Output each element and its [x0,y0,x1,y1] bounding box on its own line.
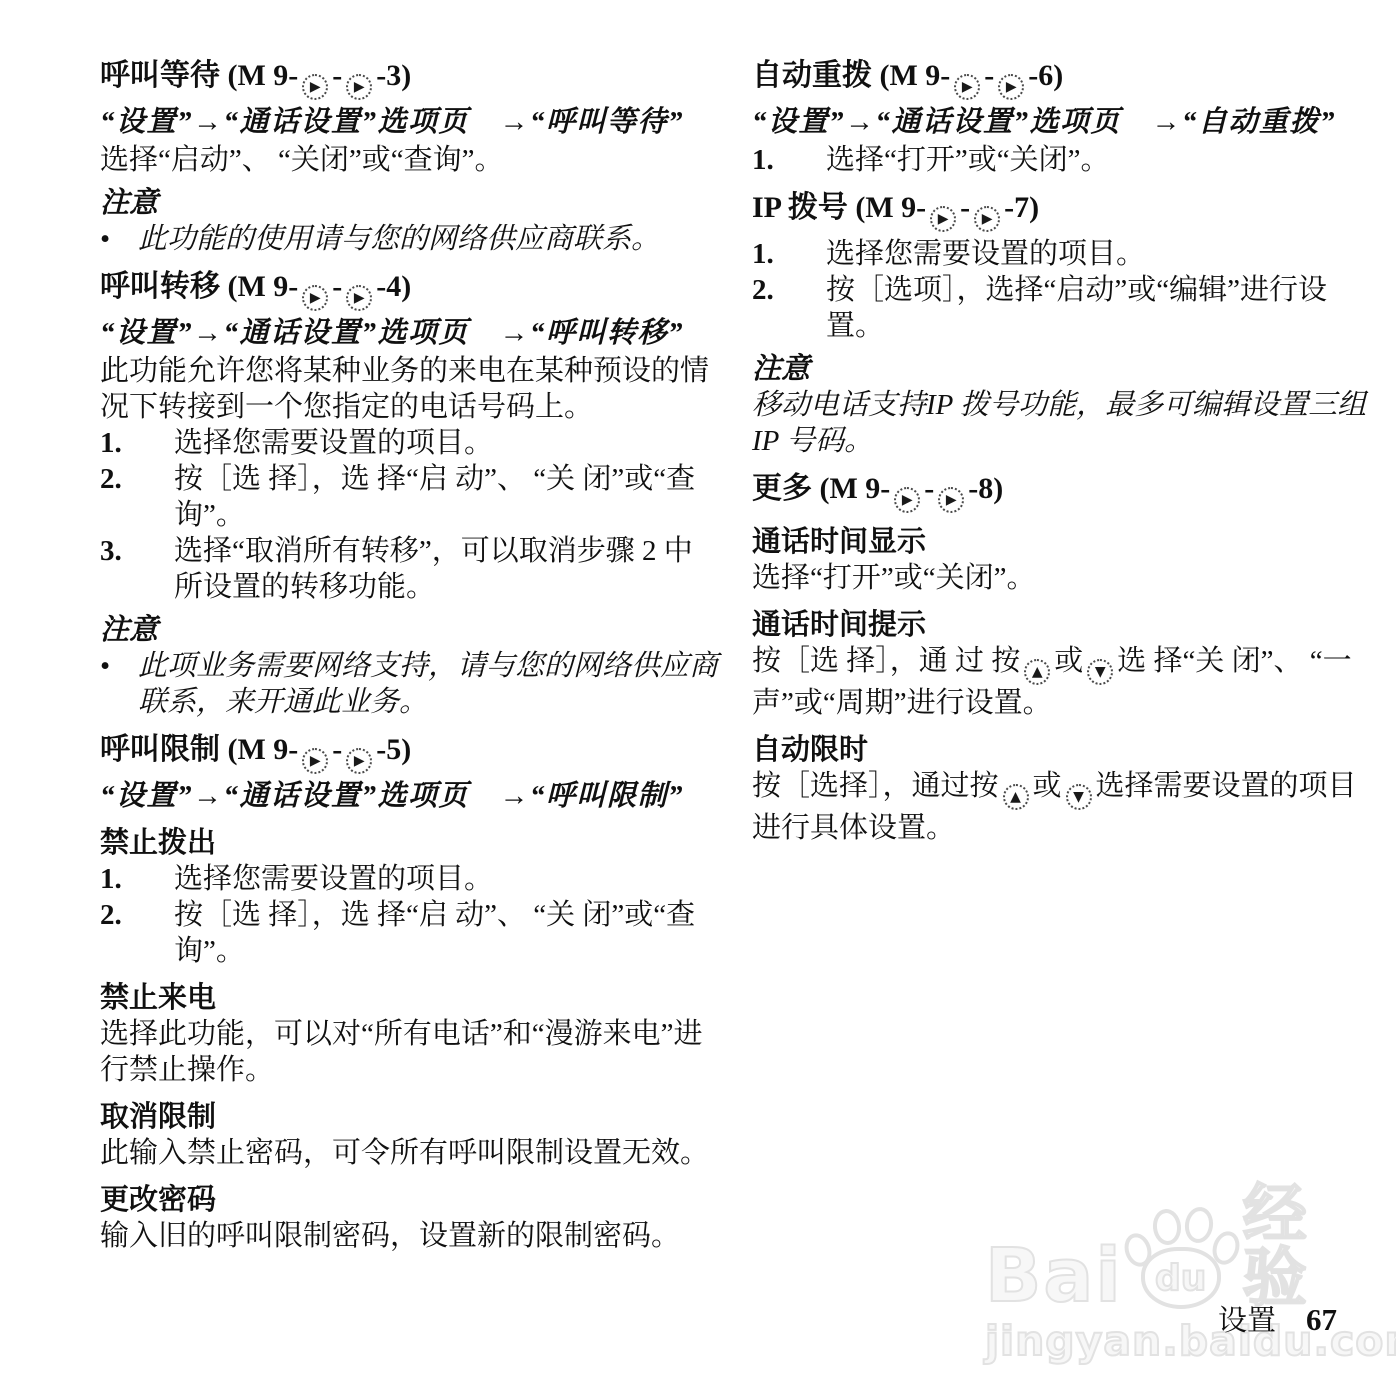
menu-path: “设置”→“通话设置”选项页 →“呼叫转移” [100,315,718,351]
list-item: 2.按［选 择］，选 择“启 动”、 “关 闭”或“查询”。 [100,461,718,533]
list-item: 1.选择您需要设置的项目。 [100,425,718,461]
list-number: 1. [100,425,174,461]
paragraph: 按［选 择］，通 过 按▲或▼选 择“关 闭”、 “一声”或“周期”进行设置。 [752,643,1370,721]
bullet-marker: • [100,221,138,257]
list-number: 2. [100,461,174,533]
play-icon: ▶ [974,206,1000,232]
paragraph: 选择此功能，可以对“所有电话”和“漫游来电”进行禁止操作。 [100,1016,718,1088]
list-text: 选择您需要设置的项目。 [174,425,718,461]
play-icon: ▶ [302,285,328,311]
subheading: 通话时间显示 [752,524,1370,560]
section-heading: 更多 (M 9-▶-▶-8) [752,471,1370,513]
play-icon: ▶ [930,206,956,232]
subheading: 取消限制 [100,1099,718,1135]
section-heading: 呼叫等待 (M 9-▶-▶-3) [100,58,718,100]
play-icon: ▶ [346,74,372,100]
section-heading: 呼叫限制 (M 9-▶-▶-5) [100,732,718,774]
down-arrow-icon: ▼ [1066,784,1092,810]
list-item: 1.选择您需要设置的项目。 [100,861,718,897]
baidu-logo-text: Bai [985,1241,1123,1311]
play-icon: ▶ [302,74,328,100]
list-item: 3.选择“取消所有转移”，可以取消步骤 2 中所设置的转移功能。 [100,533,718,605]
list-text: 选择您需要设置的项目。 [174,861,718,897]
list-number: 2. [752,272,826,344]
baidu-logo: Bai du 经验 [985,1183,1345,1311]
subheading: 禁止拨出 [100,825,718,861]
baidu-paw-icon: du [1125,1207,1237,1311]
page-footer: 设置 67 [1218,1298,1337,1339]
play-icon: ▶ [894,487,920,513]
numbered-list: 1.选择您需要设置的项目。2.按［选 择］，选 择“启 动”、 “关 闭”或“查… [100,861,718,969]
paragraph: 选择“启动”、 “关闭”或“查询”。 [100,142,718,178]
play-icon: ▶ [998,74,1024,100]
play-icon: ▶ [346,285,372,311]
list-text: 选择您需要设置的项目。 [826,236,1370,272]
left-column: 呼叫等待 (M 9-▶-▶-3)“设置”→“通话设置”选项页 →“呼叫等待”选择… [100,58,718,1254]
paragraph: 此功能允许您将某种业务的来电在某种预设的情况下转接到一个您指定的电话号码上。 [100,353,718,425]
bullet-text: 此项业务需要网络支持，请与您的网络供应商联系，来开通此业务。 [138,648,718,720]
up-arrow-icon: ▲ [1003,784,1029,810]
subheading: 通话时间提示 [752,607,1370,643]
note-title: 注意 [100,612,718,648]
list-text: 选择“取消所有转移”，可以取消步骤 2 中所设置的转移功能。 [174,533,718,605]
play-icon: ▶ [302,748,328,774]
list-number: 1. [752,236,826,272]
list-item: 2.按［选 择］，选 择“启 动”、 “关 闭”或“查询”。 [100,897,718,969]
play-icon: ▶ [954,74,980,100]
paw-toe-icon [1151,1208,1183,1247]
list-number: 1. [752,142,826,178]
note-paragraph: 移动电话支持IP 拨号功能，最多可编辑设置三组 IP 号码。 [752,387,1370,459]
list-item: 2.按［选项］，选择“启动”或“编辑”进行设置。 [752,272,1370,344]
list-number: 1. [100,861,174,897]
section-heading: 呼叫转移 (M 9-▶-▶-4) [100,269,718,311]
section-heading: IP 拨号 (M 9-▶-▶-7) [752,190,1370,232]
list-item: 1.选择“打开”或“关闭”。 [752,142,1370,178]
paragraph: 选择“打开”或“关闭”。 [752,560,1370,596]
numbered-list: 1.选择“打开”或“关闭”。 [752,142,1370,178]
list-text: 按［选 择］，选 择“启 动”、 “关 闭”或“查询”。 [174,897,718,969]
subheading: 禁止来电 [100,980,718,1016]
paragraph: 输入旧的呼叫限制密码，设置新的限制密码。 [100,1218,718,1254]
list-text: 按［选项］，选择“启动”或“编辑”进行设置。 [826,272,1370,344]
paragraph: 按［选择］，通过按▲或▼选择需要设置的项目进行具体设置。 [752,768,1370,846]
footer-section-label: 设置 [1218,1298,1276,1339]
list-item: 1.选择您需要设置的项目。 [752,236,1370,272]
note-title: 注意 [100,185,718,221]
baidu-logo-du: du [1155,1258,1206,1299]
note-bullet-item: •此项业务需要网络支持，请与您的网络供应商联系，来开通此业务。 [100,648,718,720]
note-title: 注意 [752,351,1370,387]
right-column: 自动重拨 (M 9-▶-▶-6)“设置”→“通话设置”选项页 →“自动重拨”1.… [752,58,1370,846]
manual-page: 呼叫等待 (M 9-▶-▶-3)“设置”→“通话设置”选项页 →“呼叫等待”选择… [0,0,1396,1396]
down-arrow-icon: ▼ [1087,659,1113,685]
numbered-list: 1.选择您需要设置的项目。2.按［选项］，选择“启动”或“编辑”进行设置。 [752,236,1370,344]
bullet-marker: • [100,648,138,720]
list-number: 3. [100,533,174,605]
menu-path: “设置”→“通话设置”选项页 →“呼叫限制” [100,778,718,814]
bullet-text: 此功能的使用请与您的网络供应商联系。 [138,221,718,257]
list-text: 按［选 择］，选 择“启 动”、 “关 闭”或“查询”。 [174,461,718,533]
paw-pad-icon: du [1141,1247,1221,1309]
jingyan-logo-text: 经验 [1243,1183,1345,1311]
list-text: 选择“打开”或“关闭”。 [826,142,1370,178]
numbered-list: 1.选择您需要设置的项目。2.按［选 择］，选 择“启 动”、 “关 闭”或“查… [100,425,718,605]
subheading: 自动限时 [752,732,1370,768]
paragraph: 此输入禁止密码，可令所有呼叫限制设置无效。 [100,1135,718,1171]
play-icon: ▶ [346,748,372,774]
paw-toe-icon [1182,1205,1215,1245]
subheading: 更改密码 [100,1182,718,1218]
play-icon: ▶ [938,487,964,513]
section-heading: 自动重拨 (M 9-▶-▶-6) [752,58,1370,100]
note-bullet-item: •此功能的使用请与您的网络供应商联系。 [100,221,718,257]
list-number: 2. [100,897,174,969]
up-arrow-icon: ▲ [1024,659,1050,685]
menu-path: “设置”→“通话设置”选项页 →“呼叫等待” [100,104,718,140]
page-number: 67 [1306,1302,1337,1338]
menu-path: “设置”→“通话设置”选项页 →“自动重拨” [752,104,1370,140]
